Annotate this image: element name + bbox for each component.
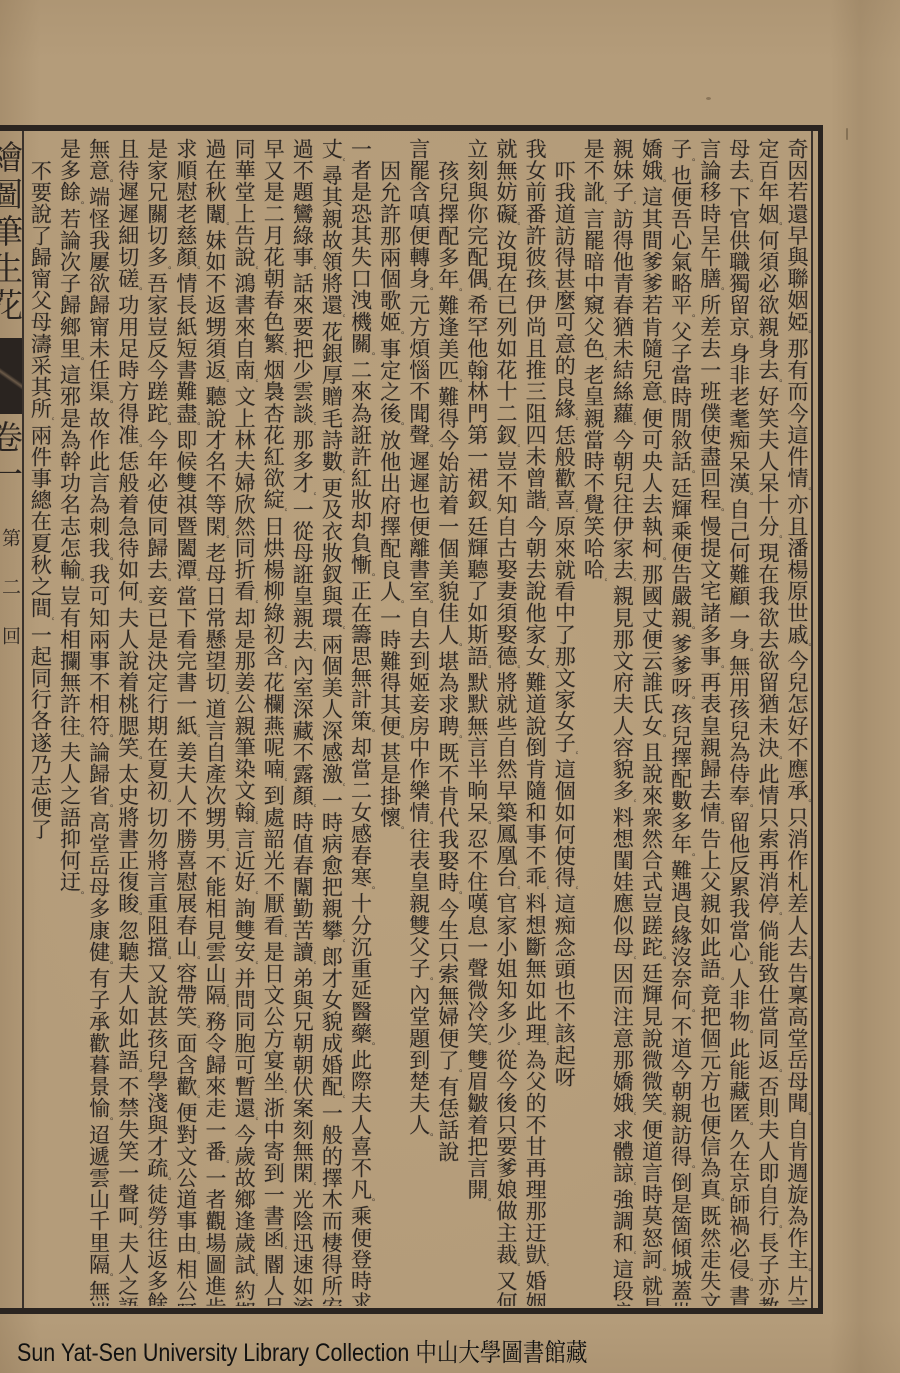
punctuation-mark: 。 — [510, 665, 520, 674]
punctuation-mark: 。 — [626, 201, 636, 210]
text-column: 丈。尋其親故領將還。花銀厚贈毛詩數。更及衣妝釵與環。兩個美人深感激。一時病愈把親… — [317, 138, 345, 1306]
punctuation-mark: 。 — [626, 578, 636, 587]
punctuation-mark: 。 — [161, 422, 171, 431]
punctuation-mark: 。 — [277, 665, 287, 674]
punctuation-mark: 。 — [219, 691, 229, 700]
punctuation-mark: 。 — [772, 222, 782, 231]
punctuation-mark: 。 — [74, 891, 84, 900]
punctuation-mark: 。 — [103, 1273, 113, 1282]
text-column: 不要說了歸甯父母濤采其所。兩件事總在夏秋之間。一起同行各遂乃志便了 — [26, 160, 54, 1328]
text-column: 子。也便吾心氣略平。父子當時閒敘話。廷輝乘便告嚴親。爹爹呀。孩兒擇配數多年。難遇… — [667, 138, 695, 1306]
punctuation-mark: 。 — [335, 158, 345, 167]
punctuation-mark: 。 — [74, 578, 84, 587]
punctuation-mark: 。 — [481, 1042, 491, 1051]
punctuation-mark: 。 — [277, 508, 287, 517]
punctuation-mark: 。 — [277, 778, 287, 787]
punctuation-mark: 。 — [132, 600, 142, 609]
punctuation-mark: 。 — [568, 886, 578, 895]
punctuation-mark: 。 — [626, 1251, 636, 1260]
punctuation-mark: 。 — [714, 508, 724, 517]
punctuation-mark: 。 — [714, 977, 724, 986]
punctuation-mark: 。 — [335, 314, 345, 323]
punctuation-mark: 。 — [743, 961, 753, 970]
punctuation-mark: 。 — [335, 626, 345, 635]
punctuation-mark: 。 — [423, 1133, 433, 1142]
punctuation-mark: 。 — [510, 1042, 520, 1051]
punctuation-mark: 。 — [423, 977, 433, 986]
punctuation-mark: 。 — [423, 600, 433, 609]
punctuation-mark: 。 — [539, 1042, 549, 1051]
punctuation-mark: 。 — [685, 696, 695, 705]
punctuation-mark: 。 — [743, 1278, 753, 1287]
punctuation-mark: 。 — [801, 330, 811, 339]
punctuation-mark: 。 — [132, 912, 142, 921]
punctuation-mark: 。 — [190, 734, 200, 743]
punctuation-mark: 。 — [365, 352, 375, 361]
punctuation-mark: 。 — [685, 470, 695, 479]
punctuation-mark: 。 — [685, 1009, 695, 1018]
punctuation-mark: 。 — [277, 934, 287, 943]
punctuation-mark: 。 — [656, 1112, 666, 1121]
punctuation-mark: 。 — [365, 729, 375, 738]
text-column: 我女前番許彼孩。伊尚且推三阻四未曾諧。今朝去說他家女。難道說倒肯隨和事不乖。料想… — [521, 138, 549, 1306]
punctuation-mark: 。 — [626, 956, 636, 965]
punctuation-mark: 。 — [248, 821, 258, 830]
punctuation-mark: 。 — [568, 417, 578, 426]
punctuation-mark: 。 — [44, 417, 54, 426]
punctuation-mark: 。 — [74, 734, 84, 743]
punctuation-mark: 。 — [743, 1030, 753, 1039]
punctuation-mark: 。 — [714, 665, 724, 674]
punctuation-mark: 。 — [335, 470, 345, 479]
punctuation-mark: 。 — [132, 756, 142, 765]
punctuation-mark: 。 — [714, 821, 724, 830]
punctuation-mark: 。 — [452, 379, 462, 388]
punctuation-mark: 。 — [248, 1117, 258, 1126]
punctuation-mark: 。 — [219, 379, 229, 388]
punctuation-mark: 。 — [277, 352, 287, 361]
paper-speck — [706, 97, 711, 100]
punctuation-mark: 。 — [219, 1004, 229, 1013]
punctuation-mark: 。 — [394, 331, 404, 340]
punctuation-mark: 。 — [161, 799, 171, 808]
punctuation-mark: 。 — [714, 287, 724, 296]
punctuation-mark: 。 — [481, 665, 491, 674]
punctuation-mark: 。 — [161, 578, 171, 587]
punctuation-mark: 。 — [190, 578, 200, 587]
punctuation-mark: 。 — [743, 492, 753, 501]
text-column: 嬌娥。這其間爹爹若肯隨兒意。便可央人去執柯。那國丈便云誰氏女。且說來衆然合式豈蹉… — [638, 138, 666, 1306]
text-column: 求順慰老慈顏。情長紙短書難盡。即候雙祺暨闔潭。當下看完書一紙。姜夫人不勝喜慰展春… — [172, 138, 200, 1306]
punctuation-mark: 。 — [597, 357, 607, 366]
punctuation-mark: 。 — [394, 600, 404, 609]
text-column: 吓我道訪得甚麼可意的良緣。恁般歡喜。原來就看中了那文家女子。這個如何使得。這痴念… — [550, 160, 578, 1328]
punctuation-mark: 。 — [539, 508, 549, 517]
punctuation-mark: 。 — [190, 266, 200, 275]
punctuation-mark: 。 — [656, 557, 666, 566]
text-block: 奇因若還早與聯姻婭。那有而今這件情。亦且潘楊原世戚。今兒怎好不應承。只消作札差人… — [0, 0, 900, 1373]
punctuation-mark: 。 — [103, 1117, 113, 1126]
punctuation-mark: 。 — [481, 508, 491, 517]
punctuation-mark: 。 — [597, 578, 607, 587]
punctuation-mark: 。 — [103, 961, 113, 970]
punctuation-mark: 。 — [306, 804, 316, 813]
punctuation-mark: 。 — [510, 886, 520, 895]
text-column: 且待遲遲細切磋。功用足時方得准。恁般着急待如何。夫人說着桃腮笑。太史將書正復睃。… — [114, 138, 142, 1306]
punctuation-mark: 。 — [423, 287, 433, 296]
text-column: 無意。端怪我屢欲歸甯未任渠。故作此言為刺我。我可知兩事不相符。論歸省。高堂岳母多… — [85, 138, 113, 1306]
punctuation-mark: 。 — [394, 422, 404, 431]
punctuation-mark: 。 — [481, 287, 491, 296]
punctuation-mark: 。 — [423, 821, 433, 830]
punctuation-mark: 。 — [656, 400, 666, 409]
punctuation-mark: 。 — [626, 422, 636, 431]
text-column: 是多餘。若論次子歸鄉里。這邪是為幹功名志怎輸。豈有相攔無許往。夫人之語抑何迂。 — [56, 138, 84, 1306]
punctuation-mark: 。 — [685, 626, 695, 635]
punctuation-mark: 。 — [306, 492, 316, 501]
punctuation-mark: 。 — [219, 535, 229, 544]
punctuation-mark: 。 — [801, 643, 811, 652]
punctuation-mark: 。 — [103, 557, 113, 566]
punctuation-mark: 。 — [74, 201, 84, 210]
text-column: 是家兄關切多。吾家豈反今蹉跎。今年必使同歸去。妾已是決定行期在夏初。切勿將言重阻… — [143, 138, 171, 1306]
text-column: 一者是恐其失口洩機關。二來為誑許紅妝却負慚。正在籌思無計策。却當二女感春寒。十分… — [347, 138, 375, 1306]
punctuation-mark: 。 — [801, 799, 811, 808]
punctuation-mark: 。 — [539, 886, 549, 895]
punctuation-mark: 。 — [219, 1160, 229, 1169]
punctuation-mark: 。 — [685, 158, 695, 167]
punctuation-mark: 。 — [539, 1263, 549, 1272]
punctuation-mark: 。 — [801, 956, 811, 965]
punctuation-mark: 。 — [452, 735, 462, 744]
text-column: 母去。下官供職獨留京。身非老耄痴呆漢。自己何難顧一身。無用孩兒為侍奉。留他反累我… — [725, 138, 753, 1306]
punctuation-mark: 。 — [626, 799, 636, 808]
punctuation-mark: 。 — [103, 804, 113, 813]
punctuation-mark: 。 — [219, 848, 229, 857]
punctuation-mark: 。 — [103, 734, 113, 743]
punctuation-mark: 。 — [452, 1069, 462, 1078]
punctuation-mark: 。 — [772, 379, 782, 388]
punctuation-mark: 。 — [190, 1251, 200, 1260]
punctuation-mark: 。 — [801, 1112, 811, 1121]
punctuation-mark: 。 — [801, 487, 811, 496]
punctuation-mark: 。 — [597, 201, 607, 210]
text-column: 過不題鸞綠事。話來要把少雲談。那多才。一從母誑皇親去。內室深藏不露顏。時值春闈勤… — [288, 138, 316, 1306]
punctuation-mark: 。 — [656, 734, 666, 743]
punctuation-mark: 。 — [365, 886, 375, 895]
text-column: 言罷含嗔便轉身。元方煩惱不聞聲。遲遲也便離書室。自去到姬妾房中作樂情。往表皇親雙… — [405, 138, 433, 1306]
punctuation-mark: 。 — [772, 756, 782, 765]
punctuation-mark: 。 — [626, 1112, 636, 1121]
punctuation-mark: 。 — [248, 961, 258, 970]
text-column: 同華堂上告說。鴻書來自南。文上林夫婦欣然同折看。却是那姜公親筆染文翰。言近好。詢… — [230, 138, 258, 1306]
text-column: 是不訛。言罷暗中窺父色。老皇親當時不覺笑哈哈。 — [579, 138, 607, 1306]
punctuation-mark: 。 — [394, 826, 404, 835]
punctuation-mark: 。 — [190, 956, 200, 965]
text-column: 奇因若還早與聯姻婭。那有而今這件情。亦且潘楊原世戚。今兒怎好不應承。只消作札差人… — [783, 138, 811, 1306]
punctuation-mark: 。 — [306, 266, 316, 275]
punctuation-mark: 。 — [248, 600, 258, 609]
punctuation-mark: 。 — [190, 1095, 200, 1104]
punctuation-mark: 。 — [510, 444, 520, 453]
punctuation-mark: 。 — [161, 1177, 171, 1186]
punctuation-mark: 。 — [626, 1182, 636, 1191]
punctuation-mark: 。 — [772, 1225, 782, 1234]
paper-speck — [846, 128, 848, 140]
punctuation-mark: 。 — [568, 509, 578, 518]
punctuation-mark: 。 — [277, 1246, 287, 1255]
punctuation-mark: 。 — [510, 222, 520, 231]
text-column: 就無妨礙。汝現在已列如花十二釵。豈不知自古娶妻須娶德。將就些自然早築鳳凰台。官家… — [492, 138, 520, 1306]
punctuation-mark: 。 — [685, 1165, 695, 1174]
punctuation-mark: 。 — [132, 1069, 142, 1078]
punctuation-mark: 。 — [452, 643, 462, 652]
punctuation-mark: 。 — [685, 853, 695, 862]
text-column: 立刻與你完配偶。希罕他翰林門第一裙釵。廷輝聽了如斯語。默默無言半晌呆。忍不住嘆息… — [463, 138, 491, 1306]
punctuation-mark: 。 — [394, 735, 404, 744]
punctuation-mark: 。 — [132, 1225, 142, 1234]
punctuation-mark: 。 — [743, 648, 753, 657]
punctuation-mark: 。 — [539, 665, 549, 674]
punctuation-mark: 。 — [277, 1090, 287, 1099]
punctuation-mark: 。 — [248, 266, 258, 275]
text-column: 孩兒擇配多年。難逢美匹。難得今始訪着一個美貌佳人。堪為求聘。既不肯代我娶時。今生… — [434, 160, 462, 1328]
punctuation-mark: 。 — [306, 1182, 316, 1191]
punctuation-mark: 。 — [219, 222, 229, 231]
punctuation-mark: 。 — [190, 1025, 200, 1034]
punctuation-mark: 。 — [190, 422, 200, 431]
text-column: 因允許那兩個歌姬。事定之後。放他出府擇配良人。一時難得其便。甚是掛懷。 — [376, 160, 404, 1328]
punctuation-mark: 。 — [772, 912, 782, 921]
text-column: 定百年姻。何須必欲親身去。好笑夫人呆十分。現在我欲去欲留猶未決。此情只索再消停。… — [754, 138, 782, 1306]
punctuation-mark: 。 — [481, 821, 491, 830]
punctuation-mark: 。 — [801, 1268, 811, 1277]
punctuation-mark: 。 — [161, 266, 171, 275]
punctuation-mark: 。 — [365, 1198, 375, 1207]
punctuation-mark: 。 — [656, 956, 666, 965]
punctuation-mark: 。 — [452, 288, 462, 297]
punctuation-mark: 。 — [132, 287, 142, 296]
punctuation-mark: 。 — [335, 1095, 345, 1104]
punctuation-mark: 。 — [306, 648, 316, 657]
punctuation-mark: 。 — [772, 535, 782, 544]
punctuation-mark: 。 — [685, 314, 695, 323]
punctuation-mark: 。 — [714, 1198, 724, 1207]
text-column: 過在秋闈。妹如不返甥須返。聽說才名不等閑。老母日常懸望切。道言自產次甥男。不能相… — [201, 138, 229, 1306]
punctuation-mark: 。 — [743, 179, 753, 188]
punctuation-mark: 。 — [44, 617, 54, 626]
punctuation-mark: 。 — [743, 335, 753, 344]
punctuation-mark: 。 — [568, 751, 578, 760]
punctuation-mark: 。 — [248, 379, 258, 388]
punctuation-mark: 。 — [161, 956, 171, 965]
punctuation-mark: 。 — [248, 1273, 258, 1282]
punctuation-mark: 。 — [335, 939, 345, 948]
punctuation-mark: 。 — [306, 422, 316, 431]
punctuation-mark: 。 — [423, 444, 433, 453]
text-column: 親妹子。訪得他青春猶未結絲蘿。今朝兒往伊家去。親見那文府夫人容貌多。料想閨娃應似… — [608, 138, 636, 1306]
punctuation-mark: 。 — [365, 573, 375, 582]
collection-caption: Sun Yat-Sen University Library Collectio… — [17, 1341, 587, 1366]
punctuation-mark: 。 — [365, 1042, 375, 1051]
punctuation-mark: 。 — [306, 961, 316, 970]
text-column: 早又是二月花朝春色繁。烟裊杏花紅欲綻。日烘楊柳綠初含。花欄燕呢喃。到處韶光不厭看… — [259, 138, 287, 1306]
punctuation-mark: 。 — [103, 400, 113, 409]
punctuation-mark: 。 — [772, 1069, 782, 1078]
punctuation-mark: 。 — [510, 1263, 520, 1272]
punctuation-mark: 。 — [656, 1268, 666, 1277]
punctuation-mark: 。 — [481, 1198, 491, 1207]
punctuation-mark: 。 — [248, 891, 258, 900]
punctuation-mark: 。 — [132, 444, 142, 453]
punctuation-mark: 。 — [103, 179, 113, 188]
punctuation-mark: 。 — [743, 804, 753, 813]
punctuation-mark: 。 — [74, 357, 84, 366]
punctuation-mark: 。 — [743, 1122, 753, 1131]
text-column: 言論移時呈午膳。所差去一班僕使盡回程。慢提文宅諸多事。再表皇親歸去情。告上父親如… — [696, 138, 724, 1306]
punctuation-mark: 。 — [335, 783, 345, 792]
punctuation-mark: 。 — [656, 179, 666, 188]
punctuation-mark: 。 — [452, 891, 462, 900]
punctuation-mark: 。 — [539, 287, 549, 296]
